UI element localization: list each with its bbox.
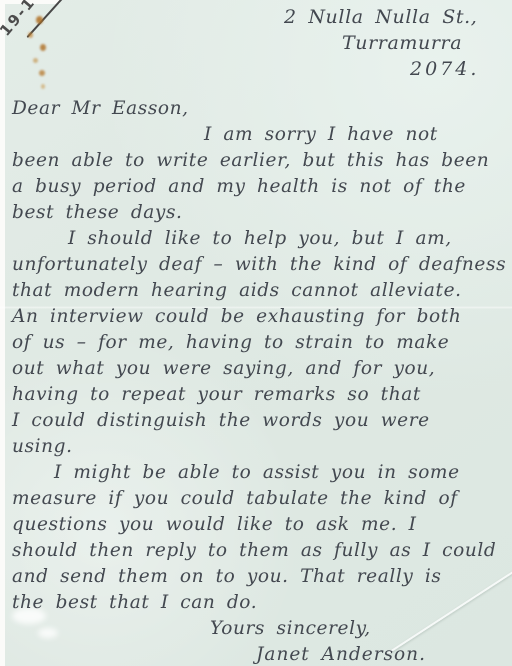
- rust-stain: [39, 70, 45, 76]
- address-suburb: Turramurra: [280, 30, 506, 56]
- body-line: I am sorry I have not: [12, 122, 506, 148]
- body-line: An interview could be exhausting for bot…: [12, 304, 506, 330]
- body-line: best these days.: [12, 200, 506, 226]
- rust-stain: [28, 32, 33, 38]
- closing: Yours sincerely,: [12, 616, 506, 642]
- signature: Janet Anderson.: [12, 642, 506, 666]
- body-line: I might be able to assist you in some: [12, 460, 506, 486]
- body-line: should then reply to them as fully as I …: [12, 538, 506, 564]
- letter-body: Dear Mr Easson, I am sorry I have not be…: [12, 96, 506, 666]
- body-line: been able to write earlier, but this has…: [12, 148, 506, 174]
- body-line: and send them on to you. That really is: [12, 564, 506, 590]
- address-street: 2 Nulla Nulla St.,: [280, 4, 506, 30]
- body-line: questions you would like to ask me. I: [12, 512, 506, 538]
- body-line: a busy period and my health is not of th…: [12, 174, 506, 200]
- body-line: of us – for me, having to strain to make: [12, 330, 506, 356]
- scanned-letter-page: 19-1-70 2 Nulla Nulla St., Turramurra 20…: [0, 0, 512, 666]
- salutation: Dear Mr Easson,: [12, 96, 506, 122]
- body-line: unfortunately deaf – with the kind of de…: [12, 252, 506, 278]
- body-line: using.: [12, 434, 506, 460]
- body-line: I should like to help you, but I am,: [12, 226, 506, 252]
- rust-stain: [36, 16, 43, 24]
- body-line: having to repeat your remarks so that: [12, 382, 506, 408]
- rust-stain: [41, 84, 45, 89]
- rust-stain: [40, 44, 46, 51]
- body-line: that modern hearing aids cannot alleviat…: [12, 278, 506, 304]
- rust-stain: [33, 58, 38, 63]
- body-line: measure if you could tabulate the kind o…: [12, 486, 506, 512]
- body-line: out what you were saying, and for you,: [12, 356, 506, 382]
- address-postcode: 2074.: [280, 56, 506, 82]
- sender-address: 2 Nulla Nulla St., Turramurra 2074.: [280, 4, 506, 82]
- scanner-edge-left: [0, 0, 5, 666]
- body-line: the best that I can do.: [12, 590, 506, 616]
- body-line: I could distinguish the words you were: [12, 408, 506, 434]
